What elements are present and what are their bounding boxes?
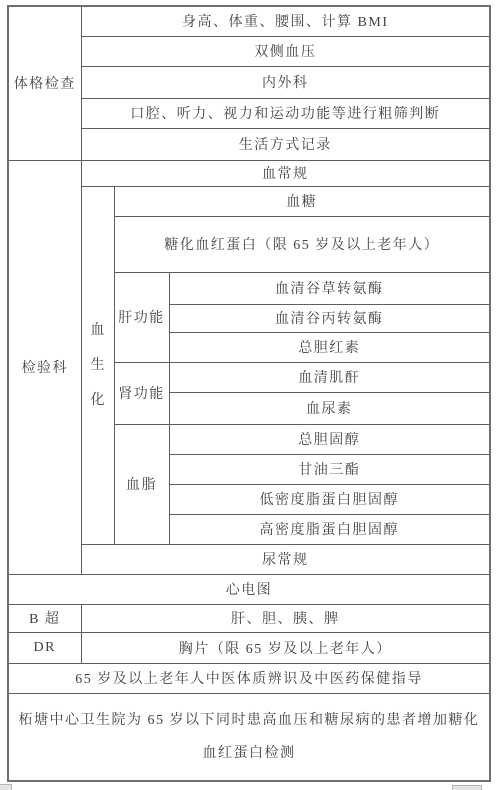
cell-total-bilirubin: 总胆红素	[169, 332, 490, 362]
corner-handle-right	[452, 785, 482, 790]
cell-lifestyle-record: 生活方式记录	[81, 128, 490, 160]
corner-handle-left	[0, 784, 12, 790]
cell-blood-lipids-label: 血脂	[114, 424, 169, 544]
cell-height-weight-bmi: 身高、体重、腰围、计算 BMI	[81, 6, 490, 36]
cell-blood-routine: 血常规	[81, 160, 490, 186]
cell-ecg: 心电图	[8, 574, 490, 604]
cell-hospital-note: 柘塘中心卫生院为 65 岁以下同时患高血压和糖尿病的患者增加糖化血红蛋白检测	[8, 693, 490, 781]
health-check-items-table: 体格检查 身高、体重、腰围、计算 BMI 双侧血压 内外科 口腔、听力、视力和运…	[7, 5, 491, 782]
cell-blood-glucose: 血糖	[114, 186, 490, 216]
cell-serum-ast: 血清谷草转氨酶	[169, 272, 490, 304]
cell-total-cholesterol: 总胆固醇	[169, 424, 490, 454]
cell-dr-content: 胸片（限 65 岁及以上老年人）	[81, 632, 490, 663]
cell-blood-pressure: 双侧血压	[81, 36, 490, 66]
cell-blood-urea: 血尿素	[169, 392, 490, 424]
cell-hba1c: 糖化血红蛋白（限 65 岁及以上老年人）	[114, 216, 490, 272]
cell-kidney-function-label: 肾功能	[114, 362, 169, 424]
cell-rough-screening: 口腔、听力、视力和运动功能等进行粗筛判断	[81, 98, 490, 128]
cell-triglycerides: 甘油三酯	[169, 454, 490, 484]
cell-liver-function-label: 肝功能	[114, 272, 169, 362]
cell-b-ultrasound-label: B 超	[8, 604, 81, 632]
cell-laboratory-label: 检验科	[8, 160, 81, 574]
cell-b-ultrasound-content: 肝、胆、胰、脾	[81, 604, 490, 632]
cell-urine-routine: 尿常规	[81, 544, 490, 574]
cell-serum-creatinine: 血清肌酐	[169, 362, 490, 392]
blood-biochemistry-vertical-text: 血生化	[89, 313, 106, 418]
cell-dr-label: DR	[8, 632, 81, 663]
cell-serum-alt: 血清谷丙转氨酶	[169, 304, 490, 332]
cell-tcm-guidance: 65 岁及以上老年人中医体质辨识及中医药保健指导	[8, 663, 490, 693]
cell-internal-external-medicine: 内外科	[81, 66, 490, 98]
cell-ldl-cholesterol: 低密度脂蛋白胆固醇	[169, 484, 490, 514]
cell-physical-exam-label: 体格检查	[8, 6, 81, 160]
cell-hdl-cholesterol: 高密度脂蛋白胆固醇	[169, 514, 490, 544]
cell-blood-biochemistry-label: 血生化	[81, 186, 114, 544]
